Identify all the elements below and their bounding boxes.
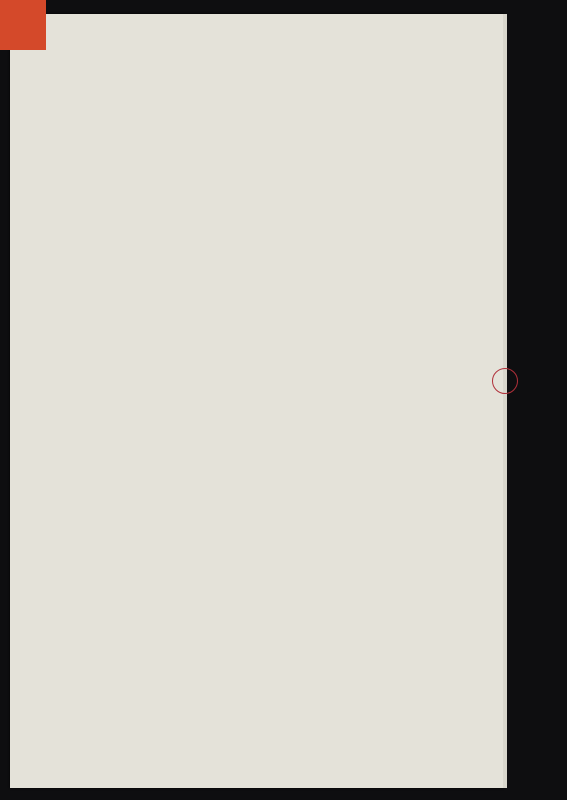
manuscript-page	[10, 14, 504, 788]
henry-ford-logo	[0, 0, 46, 50]
paper-edge	[503, 14, 507, 788]
page-number-circle	[492, 368, 518, 394]
